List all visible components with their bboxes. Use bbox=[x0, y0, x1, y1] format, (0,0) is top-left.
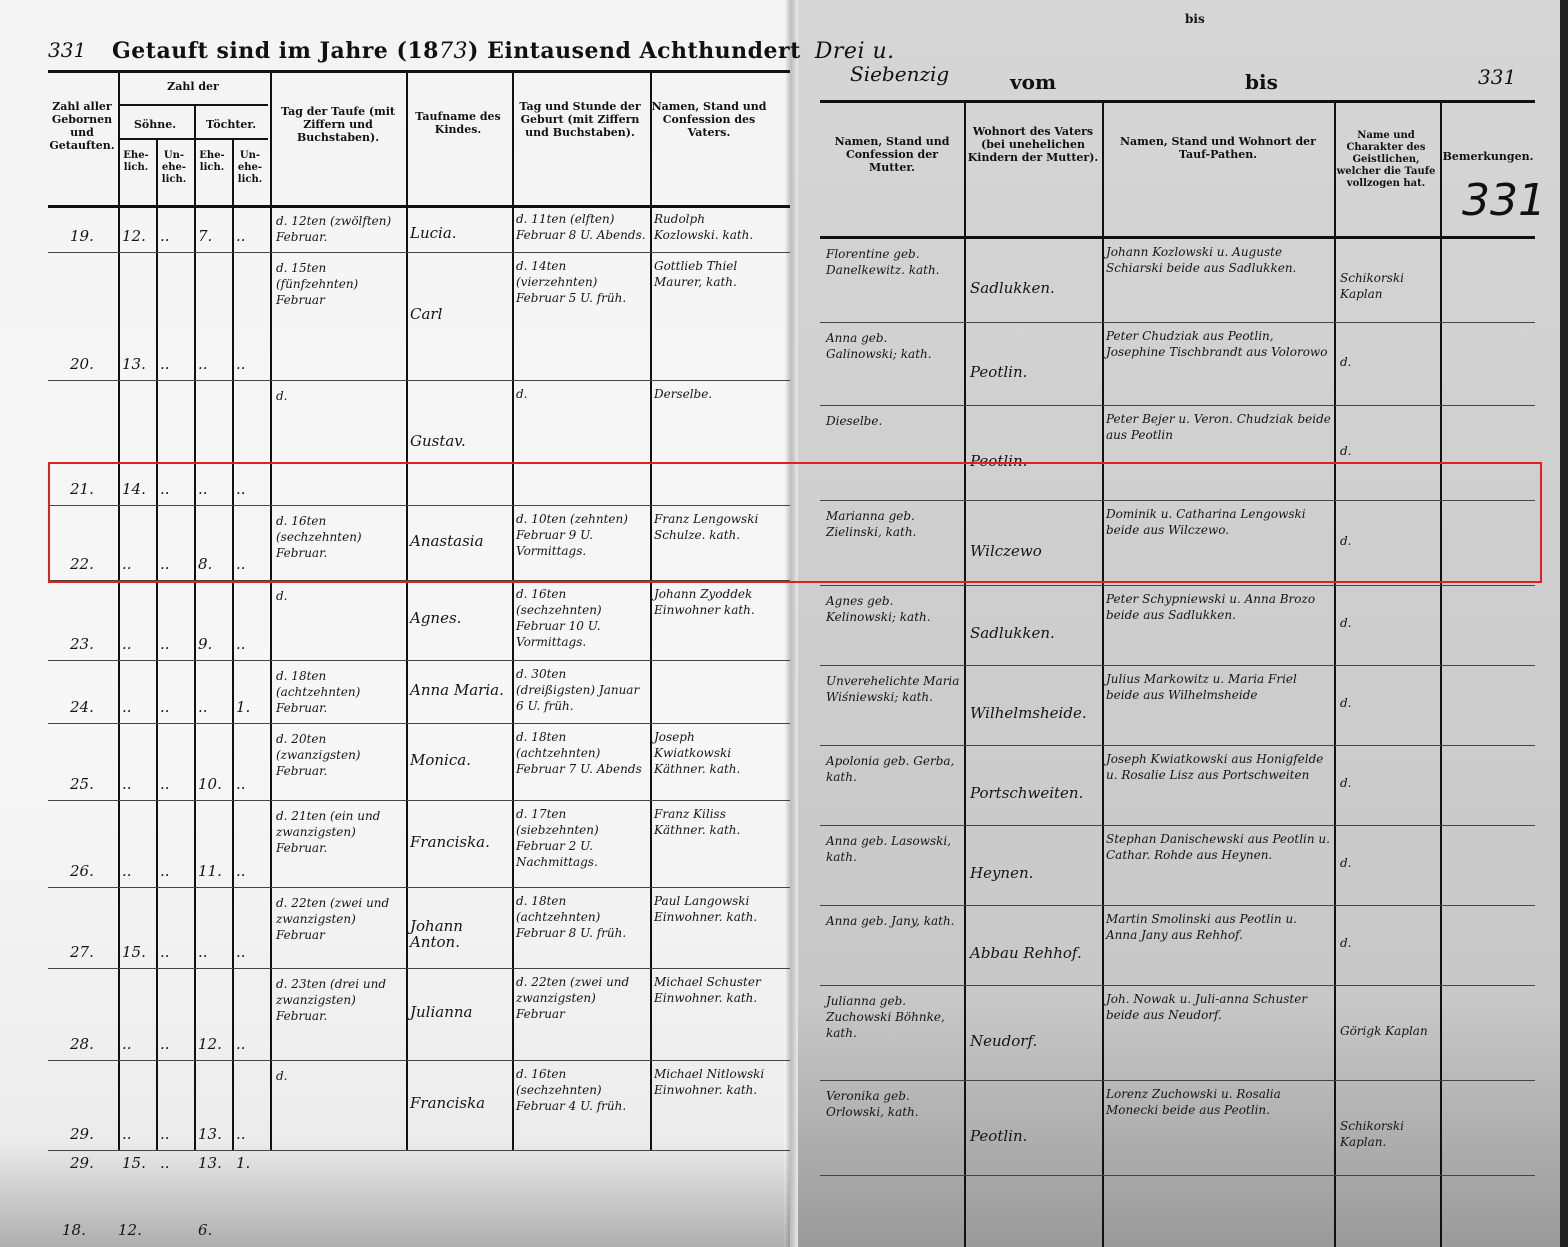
daughters-illegit: .. bbox=[236, 944, 266, 960]
row-rule bbox=[48, 968, 790, 969]
mother: Anna geb. Jany, kath. bbox=[826, 913, 962, 929]
row-rule bbox=[820, 825, 1535, 826]
entry-number: 29. bbox=[70, 1126, 114, 1142]
daughters-illegit: .. bbox=[236, 481, 266, 497]
sons-legit: .. bbox=[122, 699, 154, 715]
entry-number: 28. bbox=[70, 1036, 114, 1052]
baptism-date: d. bbox=[276, 388, 404, 404]
sons-legit: .. bbox=[122, 636, 154, 652]
header-sons-illegit: Un-ehe-lich. bbox=[156, 150, 192, 186]
header-mother: Namen, Stand und Confession der Mutter. bbox=[822, 135, 962, 174]
clergy: d. bbox=[1340, 615, 1436, 631]
birth-date: d. 30ten (dreißigsten) Januar 6 U. früh. bbox=[516, 666, 648, 714]
column-rule bbox=[1102, 102, 1104, 1247]
residence: Heynen. bbox=[970, 865, 1100, 881]
godparents: Martin Smolinski aus Peotlin u. Anna Jan… bbox=[1106, 911, 1332, 943]
child-name: Lucia. bbox=[410, 225, 506, 241]
entry-number: 27. bbox=[70, 944, 114, 960]
sons-illegit: .. bbox=[160, 481, 190, 497]
daughters-legit: 11. bbox=[198, 863, 230, 879]
mother: Veronika geb. Orlowski, kath. bbox=[826, 1088, 962, 1120]
clergy: Görigk Kaplan bbox=[1340, 1023, 1436, 1039]
column-rule bbox=[964, 102, 966, 1247]
row-rule bbox=[48, 505, 790, 506]
residence: Wilhelmsheide. bbox=[970, 705, 1100, 721]
row-rule bbox=[48, 380, 790, 381]
sons-illegit: .. bbox=[160, 636, 190, 652]
daughters-legit: 12. bbox=[198, 1036, 230, 1052]
father: Joseph Kwiatkowski Käthner. kath. bbox=[654, 729, 766, 777]
father: Derselbe. bbox=[654, 386, 766, 402]
godparents: Peter Schypniewski u. Anna Brozo beide a… bbox=[1106, 591, 1332, 623]
birth-date: d. 11ten (elften) Februar 8 U. Abends. bbox=[516, 211, 648, 243]
header-godparents: Namen, Stand und Wohnort der Tauf-Pathen… bbox=[1104, 135, 1332, 161]
baptism-date: d. 18ten (achtzehnten) Februar. bbox=[276, 668, 404, 716]
row-rule bbox=[48, 887, 790, 888]
clergy: d. bbox=[1340, 775, 1436, 791]
entry-number: 26. bbox=[70, 863, 114, 879]
entry-number: 25. bbox=[70, 776, 114, 792]
row-rule bbox=[48, 660, 790, 661]
clergy: d. bbox=[1340, 695, 1436, 711]
row-rule bbox=[820, 1080, 1535, 1081]
sons-illegit: .. bbox=[160, 1036, 190, 1052]
row-rule bbox=[820, 985, 1535, 986]
godparents: Johann Kozlowski u. Auguste Schiarski be… bbox=[1106, 244, 1332, 276]
baptism-date: d. bbox=[276, 588, 404, 604]
birth-date: d. 10ten (zehnten) Februar 9 U. Vormitta… bbox=[516, 511, 648, 559]
godparents: Dominik u. Catharina Lengowski beide aus… bbox=[1106, 506, 1332, 538]
clergy: d. bbox=[1340, 443, 1436, 459]
header-clergy: Name und Charakter des Geistlichen, welc… bbox=[1336, 130, 1436, 190]
row-rule bbox=[48, 252, 790, 253]
godparents: Peter Bejer u. Veron. Chudziak beide aus… bbox=[1106, 411, 1332, 443]
godparents: Stephan Danischewski aus Peotlin u. Cath… bbox=[1106, 831, 1332, 863]
header-baptism-day: Tag der Taufe (mit Ziffern und Buchstabe… bbox=[272, 105, 404, 144]
mother: Anna geb. Galinowski; kath. bbox=[826, 330, 962, 362]
sons-legit: 15. bbox=[122, 944, 154, 960]
godparents: Joseph Kwiatkowski aus Honigfelde u. Ros… bbox=[1106, 751, 1332, 783]
column-rule bbox=[118, 72, 120, 140]
underlying-sons-legit: 12. bbox=[118, 1222, 150, 1238]
total-sons-legit: 15. bbox=[122, 1155, 154, 1171]
residence: Portschweiten. bbox=[970, 785, 1100, 801]
entry-number: 23. bbox=[70, 636, 114, 652]
father: Paul Langowski Einwohner. kath. bbox=[654, 893, 766, 925]
row-rule bbox=[820, 585, 1535, 586]
daughters-legit: .. bbox=[198, 944, 230, 960]
entry-number: 19. bbox=[70, 228, 114, 244]
child-name: Franciska bbox=[410, 1095, 506, 1111]
column-rule bbox=[1440, 102, 1442, 1247]
header-birth: Tag und Stunde der Geburt (mit Ziffern u… bbox=[512, 100, 648, 139]
birth-date: d. 16ten (sechzehnten) Februar 4 U. früh… bbox=[516, 1066, 648, 1114]
baptism-date: d. 16ten (sechzehnten) Februar. bbox=[276, 513, 404, 561]
mother: Julianna geb. Zuchowski Böhnke, kath. bbox=[826, 993, 962, 1041]
daughters-legit: 10. bbox=[198, 776, 230, 792]
mother: Anna geb. Lasowski, kath. bbox=[826, 833, 962, 865]
child-name: Monica. bbox=[410, 752, 506, 768]
sons-illegit: .. bbox=[160, 699, 190, 715]
title-vom: vom bbox=[1010, 70, 1056, 94]
sons-illegit: .. bbox=[160, 228, 190, 244]
header-residence: Wohnort des Vaters (bei unehelichen Kind… bbox=[966, 125, 1100, 164]
row-rule bbox=[820, 405, 1535, 406]
child-name: Anna Maria. bbox=[410, 682, 506, 698]
rule bbox=[48, 205, 790, 208]
residence: Neudorf. bbox=[970, 1033, 1100, 1049]
total-number: 29. bbox=[70, 1155, 114, 1171]
total-sons-illegit: .. bbox=[160, 1155, 190, 1171]
row-rule bbox=[820, 322, 1535, 323]
header-daughters: Töchter. bbox=[194, 118, 268, 131]
baptism-date: d. 22ten (zwei und zwanzigsten) Februar bbox=[276, 895, 404, 943]
column-rule bbox=[1334, 102, 1336, 1247]
sons-legit: 13. bbox=[122, 356, 154, 372]
sons-illegit: .. bbox=[160, 556, 190, 572]
daughters-illegit: .. bbox=[236, 636, 266, 652]
row-rule bbox=[820, 1175, 1535, 1176]
rule bbox=[118, 138, 268, 140]
father: Rudolph Kozlowski. kath. bbox=[654, 211, 766, 243]
header-remarks: Bemerkungen. bbox=[1440, 150, 1536, 163]
header-father: Namen, Stand und Confession des Vaters. bbox=[650, 100, 768, 139]
sons-legit: .. bbox=[122, 1036, 154, 1052]
daughters-illegit: .. bbox=[236, 1036, 266, 1052]
baptism-date: d. 12ten (zwölften) Februar. bbox=[276, 213, 404, 245]
residence: Sadlukken. bbox=[970, 280, 1100, 296]
header-sons: Söhne. bbox=[118, 118, 192, 131]
father: Franz Kiliss Käthner. kath. bbox=[654, 806, 766, 838]
father: Michael Nitlowski Einwohner. kath. bbox=[654, 1066, 766, 1098]
godparents: Joh. Nowak u. Juli-anna Schuster beide a… bbox=[1106, 991, 1332, 1023]
clergy: d. bbox=[1340, 533, 1436, 549]
mother: Unverehelichte Maria Wiśniewski; kath. bbox=[826, 673, 962, 705]
sons-illegit: .. bbox=[160, 1126, 190, 1142]
column-rule bbox=[232, 140, 234, 1150]
sons-legit: .. bbox=[122, 556, 154, 572]
sons-illegit: .. bbox=[160, 356, 190, 372]
birth-date: d. 22ten (zwei und zwanzigsten) Februar bbox=[516, 974, 648, 1022]
father: Franz Lengowski Schulze. kath. bbox=[654, 511, 766, 543]
residence: Sadlukken. bbox=[970, 625, 1100, 641]
mother: Dieselbe. bbox=[826, 413, 962, 429]
column-rule bbox=[406, 72, 408, 1150]
daughters-illegit: 1. bbox=[236, 699, 266, 715]
column-rule bbox=[118, 140, 120, 1150]
header-count-group: Zahl der bbox=[118, 80, 268, 93]
row-rule bbox=[48, 800, 790, 801]
residence: Wilczewo bbox=[970, 543, 1100, 559]
row-rule bbox=[48, 723, 790, 724]
godparents: Julius Markowitz u. Maria Friel beide au… bbox=[1106, 671, 1332, 703]
column-rule bbox=[512, 72, 514, 1150]
daughters-legit: .. bbox=[198, 356, 230, 372]
column-rule bbox=[156, 140, 158, 1150]
entry-number: 20. bbox=[70, 356, 114, 372]
residence: Peotlin. bbox=[970, 364, 1100, 380]
father: Michael Schuster Einwohner. kath. bbox=[654, 974, 766, 1006]
sons-illegit: .. bbox=[160, 944, 190, 960]
row-rule bbox=[48, 580, 790, 581]
child-name: Carl bbox=[410, 306, 506, 322]
baptism-date: d. 21ten (ein und zwanzigsten) Februar. bbox=[276, 808, 404, 856]
birth-date: d. 16ten (sechzehnten) Februar 10 U. Vor… bbox=[516, 586, 648, 650]
residence: Abbau Rehhof. bbox=[970, 945, 1100, 961]
row-rule bbox=[820, 905, 1535, 906]
birth-date: d. 17ten (siebzehnten) Februar 2 U. Nach… bbox=[516, 806, 648, 870]
mother: Agnes geb. Kelinowski; kath. bbox=[826, 593, 962, 625]
daughters-illegit: .. bbox=[236, 556, 266, 572]
godparents: Peter Chudziak aus Peotlin, Josephine Ti… bbox=[1106, 328, 1332, 360]
baptism-date: d. 15ten (fünfzehnten) Februar bbox=[276, 260, 404, 308]
header-sons-legit: Ehe-lich. bbox=[118, 150, 154, 174]
header-daughters-legit: Ehe-lich. bbox=[194, 150, 230, 174]
daughters-legit: .. bbox=[198, 699, 230, 715]
clergy: d. bbox=[1340, 855, 1436, 871]
underlying-total-number: 18. bbox=[62, 1222, 106, 1238]
father: Johann Zyoddek Einwohner kath. bbox=[654, 586, 766, 618]
daughters-legit: 7. bbox=[198, 228, 230, 244]
daughters-legit: 13. bbox=[198, 1126, 230, 1142]
birth-date: d. 18ten (achtzehnten) Februar 7 U. Aben… bbox=[516, 729, 648, 777]
child-name: Johann Anton. bbox=[410, 918, 506, 950]
total-daughters-legit: 13. bbox=[198, 1155, 230, 1171]
father: Gottlieb Thiel Maurer, kath. bbox=[654, 258, 766, 290]
entry-number: 24. bbox=[70, 699, 114, 715]
daughters-illegit: .. bbox=[236, 863, 266, 879]
clergy: Schikorski Kaplan. bbox=[1340, 1118, 1436, 1150]
column-rule bbox=[194, 140, 196, 1150]
sons-legit: .. bbox=[122, 1126, 154, 1142]
page-edge bbox=[1560, 0, 1568, 1247]
child-name: Anastasia bbox=[410, 533, 506, 549]
daughters-legit: .. bbox=[198, 481, 230, 497]
mother: Marianna geb. Zielinski, kath. bbox=[826, 508, 962, 540]
column-rule bbox=[194, 106, 196, 140]
rule bbox=[820, 236, 1535, 239]
entry-number: 21. bbox=[70, 481, 114, 497]
header-total: Zahl aller Gebornen und Getauften. bbox=[48, 100, 116, 152]
mother: Florentine geb. Danelkewitz. kath. bbox=[826, 246, 962, 278]
baptism-date: d. 20ten (zwanzigsten) Februar. bbox=[276, 731, 404, 779]
sons-illegit: .. bbox=[160, 776, 190, 792]
daughters-illegit: .. bbox=[236, 776, 266, 792]
handwritten-month: Siebenzig bbox=[850, 62, 949, 86]
residence: Peotlin. bbox=[970, 453, 1100, 469]
entry-number: 22. bbox=[70, 556, 114, 572]
header-daughters-illegit: Un-ehe-lich. bbox=[232, 150, 268, 186]
birth-date: d. 18ten (achtzehnten) Februar 8 U. früh… bbox=[516, 893, 648, 941]
birth-date: d. 14ten (vierzehnten) Februar 5 U. früh… bbox=[516, 258, 648, 306]
row-rule bbox=[820, 500, 1535, 501]
row-rule bbox=[48, 1060, 790, 1061]
sons-legit: .. bbox=[122, 776, 154, 792]
row-rule bbox=[820, 745, 1535, 746]
header-child-name: Taufname des Kindes. bbox=[408, 110, 508, 136]
remarks-number: 331 bbox=[1462, 175, 1546, 226]
sons-legit: 12. bbox=[122, 228, 154, 244]
row-rule bbox=[820, 665, 1535, 666]
clergy: Schikorski Kaplan bbox=[1340, 270, 1436, 302]
left-page-title: Getauft sind im Jahre (1873) Eintausend … bbox=[50, 38, 895, 64]
title-bis: bis bbox=[1245, 70, 1278, 94]
daughters-illegit: .. bbox=[236, 1126, 266, 1142]
row-rule bbox=[48, 1150, 790, 1151]
sons-illegit: .. bbox=[160, 863, 190, 879]
child-name: Gustav. bbox=[410, 433, 506, 449]
child-name: Agnes. bbox=[410, 610, 506, 626]
daughters-legit: 9. bbox=[198, 636, 230, 652]
rule bbox=[48, 70, 790, 73]
baptism-date: d. bbox=[276, 1068, 404, 1084]
child-name: Franciska. bbox=[410, 834, 506, 850]
child-name: Julianna bbox=[410, 1004, 506, 1020]
sons-legit: 14. bbox=[122, 481, 154, 497]
daughters-legit: 8. bbox=[198, 556, 230, 572]
daughters-illegit: .. bbox=[236, 228, 266, 244]
underlying-daughters-legit: 6. bbox=[198, 1222, 230, 1238]
rule bbox=[118, 104, 268, 106]
godparents: Lorenz Zuchowski u. Rosalia Monecki beid… bbox=[1106, 1086, 1332, 1118]
birth-date: d. bbox=[516, 386, 648, 402]
clergy: d. bbox=[1340, 354, 1436, 370]
rule bbox=[820, 100, 1535, 103]
sons-legit: .. bbox=[122, 863, 154, 879]
bleed-text: bis bbox=[1185, 12, 1205, 26]
column-rule bbox=[270, 72, 272, 1150]
total-daughters-illegit: 1. bbox=[236, 1155, 266, 1171]
clergy: d. bbox=[1340, 935, 1436, 951]
right-page-number: 331 bbox=[1478, 65, 1516, 89]
daughters-illegit: .. bbox=[236, 356, 266, 372]
mother: Apolonia geb. Gerba, kath. bbox=[826, 753, 962, 785]
column-rule bbox=[650, 72, 652, 1150]
residence: Peotlin. bbox=[970, 1128, 1100, 1144]
baptism-date: d. 23ten (drei und zwanzigsten) Februar. bbox=[276, 976, 404, 1024]
